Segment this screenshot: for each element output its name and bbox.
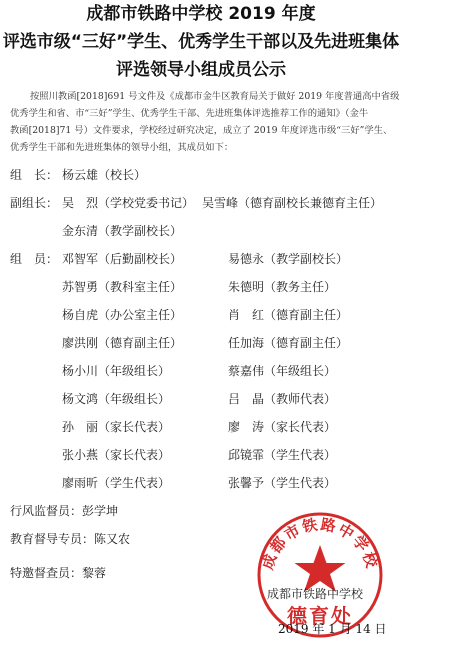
intro-line-3: 教函[2018]71 号）文件要求，学校经过研究决定，成立了 2019 年度评选…	[10, 122, 390, 139]
member: 吕 晶（教师代表）	[228, 391, 336, 407]
member: 杨自虎（办公室主任）	[62, 307, 182, 323]
supervisor-conduct: 行风监督员：彭学坤	[10, 503, 118, 519]
member: 廖 涛（家长代表）	[228, 419, 336, 435]
supervisor-education-name: 陈又农	[94, 532, 130, 546]
title-line-1: 成都市铁路中学校 2019 年度	[0, 4, 402, 24]
intro-paragraph: 按照川教函[2018]691 号文件及《成都市金牛区教育局关于做好 2019 年…	[10, 88, 390, 156]
supervisor-education-label: 教育督导专员：	[10, 532, 94, 546]
member: 张馨予（学生代表）	[228, 475, 336, 491]
title-line-2: 评选市级“三好”学生、优秀学生干部以及先进班集体	[0, 32, 402, 52]
member: 朱德明（教务主任）	[228, 279, 336, 295]
star-icon	[295, 545, 346, 592]
official-seal: 成都市铁路中学校 德育处	[256, 511, 384, 639]
deputy-leader-2: 吴雪峰（德育副校长兼德育主任）	[202, 195, 382, 211]
deputy-leader-1: 吴 烈（学校党委书记）	[62, 195, 194, 211]
document-page: 成都市铁路中学校 2019 年度 评选市级“三好”学生、优秀学生干部以及先进班集…	[0, 0, 472, 646]
signature-date: 2019 年 1 月 14 日	[278, 621, 387, 637]
member: 苏智勇（教科室主任）	[62, 279, 182, 295]
member: 邱镜霏（学生代表）	[228, 447, 336, 463]
member: 易德永（教学副校长）	[228, 251, 348, 267]
leader-name: 杨云雄（校长）	[62, 167, 146, 183]
member: 邓智军（后勤副校长）	[62, 251, 182, 267]
member: 杨文鸿（年级组长）	[62, 391, 170, 407]
signature-school: 成都市铁路中学校	[267, 586, 363, 602]
member: 廖雨昕（学生代表）	[62, 475, 170, 491]
member: 杨小川（年级组长）	[62, 363, 170, 379]
supervisor-special: 特邀督查员：黎蓉	[10, 565, 106, 581]
member: 廖洪刚（德育副主任）	[62, 335, 182, 351]
supervisor-education: 教育督导专员：陈又农	[10, 531, 130, 547]
supervisor-conduct-label: 行风监督员：	[10, 504, 82, 518]
member: 张小燕（家长代表）	[62, 447, 170, 463]
intro-line-1: 按照川教函[2018]691 号文件及《成都市金牛区教育局关于做好 2019 年…	[10, 88, 390, 105]
supervisor-special-label: 特邀督查员：	[10, 566, 82, 580]
leader-label: 组 长：	[10, 167, 58, 183]
members-label: 组 员：	[10, 251, 58, 267]
intro-line-4: 优秀学生干部和先进班集体的领导小组，其成员如下：	[10, 139, 390, 156]
member: 任加海（德育副主任）	[228, 335, 348, 351]
member: 蔡嘉伟（年级组长）	[228, 363, 336, 379]
deputy-leader-label: 副组长：	[10, 195, 58, 211]
member: 孙 丽（家长代表）	[62, 419, 170, 435]
intro-line-2: 优秀学生和省、市“三好”学生、优秀学生干部、先进班集体评选推荐工作的通知》（金牛	[10, 105, 390, 122]
title-line-3: 评选领导小组成员公示	[0, 60, 402, 80]
supervisor-special-name: 黎蓉	[82, 566, 106, 580]
supervisor-conduct-name: 彭学坤	[82, 504, 118, 518]
member: 肖 红（德育副主任）	[228, 307, 348, 323]
deputy-leader-3: 金东清（教学副校长）	[62, 223, 182, 239]
